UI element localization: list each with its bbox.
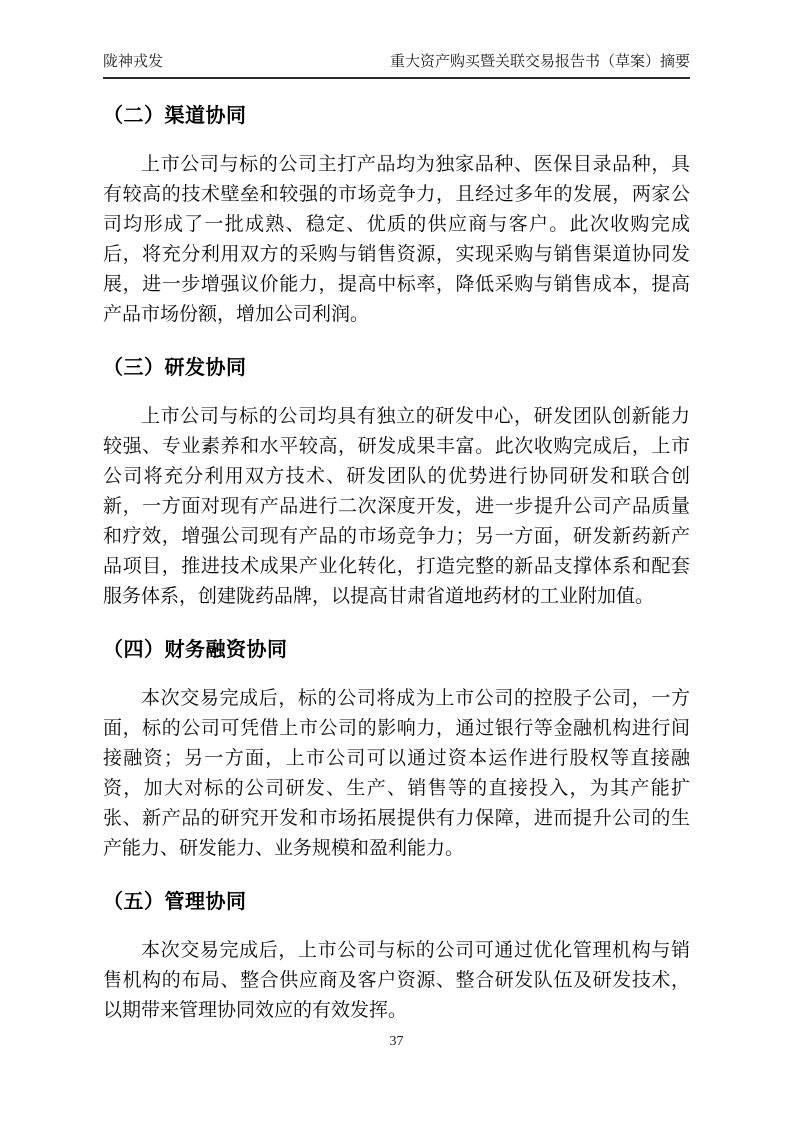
- section-paragraph: 本次交易完成后，上市公司与标的公司可通过优化管理机构与销售机构的布局、整合供应商…: [103, 936, 690, 1026]
- section-heading: （四）财务融资协同: [103, 638, 690, 662]
- page-footer: 37: [0, 1034, 793, 1050]
- section-rd-synergy: （三）研发协同 上市公司与标的公司均具有独立的研发中心，研发团队创新能力较强、专…: [103, 356, 690, 612]
- section-heading: （三）研发协同: [103, 356, 690, 380]
- document-body: （二）渠道协同 上市公司与标的公司主打产品均为独家品种、医保目录品种，具有较高的…: [103, 104, 690, 1052]
- section-paragraph: 本次交易完成后，标的公司将成为上市公司的控股子公司，一方面，标的公司可凭借上市公…: [103, 684, 690, 864]
- section-management-synergy: （五）管理协同 本次交易完成后，上市公司与标的公司可通过优化管理机构与销售机构的…: [103, 890, 690, 1026]
- section-paragraph: 上市公司与标的公司均具有独立的研发中心，研发团队创新能力较强、专业素养和水平较高…: [103, 402, 690, 612]
- header-document-title: 重大资产购买暨关联交易报告书（草案）摘要: [390, 50, 690, 71]
- section-finance-synergy: （四）财务融资协同 本次交易完成后，标的公司将成为上市公司的控股子公司，一方面，…: [103, 638, 690, 864]
- document-page: 陇神戎发 重大资产购买暨关联交易报告书（草案）摘要 （二）渠道协同 上市公司与标…: [0, 0, 793, 1122]
- section-heading: （二）渠道协同: [103, 104, 690, 128]
- header-company-name: 陇神戎发: [103, 50, 163, 71]
- section-heading: （五）管理协同: [103, 890, 690, 914]
- section-paragraph: 上市公司与标的公司主打产品均为独家品种、医保目录品种，具有较高的技术壁垒和较强的…: [103, 150, 690, 330]
- page-number: 37: [390, 1034, 404, 1049]
- page-header: 陇神戎发 重大资产购买暨关联交易报告书（草案）摘要: [103, 50, 690, 79]
- section-channel-synergy: （二）渠道协同 上市公司与标的公司主打产品均为独家品种、医保目录品种，具有较高的…: [103, 104, 690, 330]
